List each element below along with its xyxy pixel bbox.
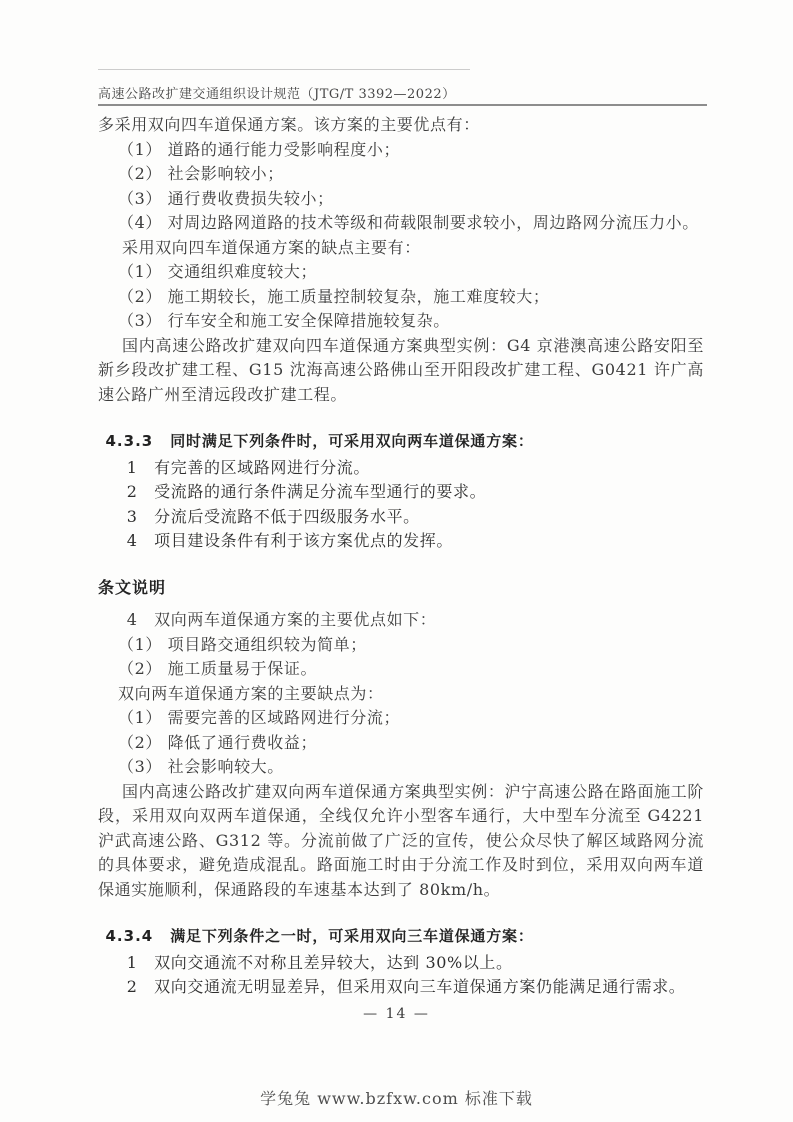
list-item: 1 双向交通流不对称且差异较大，达到 30%以上。 — [98, 951, 704, 976]
clause-heading: 4.3.4满足下列条件之一时，可采用双向三车道保通方案： — [98, 924, 704, 949]
list-item: 4 项目建设条件有利于该方案优点的发挥。 — [98, 529, 704, 554]
clause-number: 4.3.4 — [106, 927, 154, 945]
list-item: 双向两车道保通方案的主要缺点为： — [98, 682, 704, 707]
list-item: （3） 通行费收费损失较小； — [98, 187, 704, 212]
watermark-text: 学兔兔 www.bzfxw.com 标准下载 — [0, 1086, 793, 1109]
list-item: 2 受流路的通行条件满足分流车型通行的要求。 — [98, 480, 704, 505]
clause-number: 4.3.3 — [106, 432, 154, 450]
list-item: （3） 行车安全和施工安全保障措施较复杂。 — [98, 309, 704, 334]
running-header: 高速公路改扩建交通组织设计规范（JTG/T 3392—2022） — [98, 83, 707, 102]
document-page: 高速公路改扩建交通组织设计规范（JTG/T 3392—2022） 多采用双向四车… — [0, 0, 793, 1122]
clause-heading: 4.3.3同时满足下列条件时，可采用双向两车道保通方案： — [98, 429, 704, 454]
list-item: （2） 施工期较长，施工质量控制较复杂，施工难度较大； — [98, 285, 704, 310]
paragraph: 采用双向四车道保通方案的缺点主要有： — [98, 236, 704, 261]
clause-text: 同时满足下列条件时，可采用双向两车道保通方案： — [170, 432, 533, 450]
list-item: （3） 社会影响较大。 — [98, 755, 704, 780]
list-item: 4 双向两车道保通方案的主要优点如下： — [98, 608, 704, 633]
list-item: （4） 对周边路网道路的技术等级和荷载限制要求较小，周边路网分流压力小。 — [98, 211, 704, 236]
list-item: 3 分流后受流路不低于四级服务水平。 — [98, 505, 704, 530]
list-item: （1） 需要完善的区域路网进行分流； — [98, 706, 704, 731]
paragraph: 国内高速公路改扩建双向两车道保通方案典型实例：沪宁高速公路在路面施工阶段，采用双… — [98, 780, 704, 903]
paragraph: 国内高速公路改扩建双向四车道保通方案典型实例：G4 京港澳高速公路安阳至新乡段改… — [98, 334, 704, 408]
list-item: （2） 施工质量易于保证。 — [98, 657, 704, 682]
list-item: （1） 交通组织难度较大； — [98, 260, 704, 285]
paragraph: 多采用双向四车道保通方案。该方案的主要优点有： — [98, 113, 704, 138]
list-item: 2 双向交通流无明显差异，但采用双向三车道保通方案仍能满足通行需求。 — [98, 975, 704, 1000]
list-item: （2） 降低了通行费收益； — [98, 731, 704, 756]
list-item: （1） 道路的通行能力受影响程度小； — [98, 138, 704, 163]
document-body: 多采用双向四车道保通方案。该方案的主要优点有：（1） 道路的通行能力受影响程度小… — [98, 113, 704, 1000]
commentary-heading: 条文说明 — [98, 576, 704, 601]
running-header-title: 高速公路改扩建交通组织设计规范（JTG/T 3392—2022） — [98, 87, 456, 102]
list-item: （1） 项目路交通组织较为简单； — [98, 633, 704, 658]
header-rule — [98, 104, 707, 106]
page-number: — 14 — — [0, 1006, 793, 1022]
header-top-rule — [98, 69, 470, 70]
clause-text: 满足下列条件之一时，可采用双向三车道保通方案： — [170, 927, 533, 945]
list-item: 1 有完善的区域路网进行分流。 — [98, 456, 704, 481]
list-item: （2） 社会影响较小； — [98, 162, 704, 187]
